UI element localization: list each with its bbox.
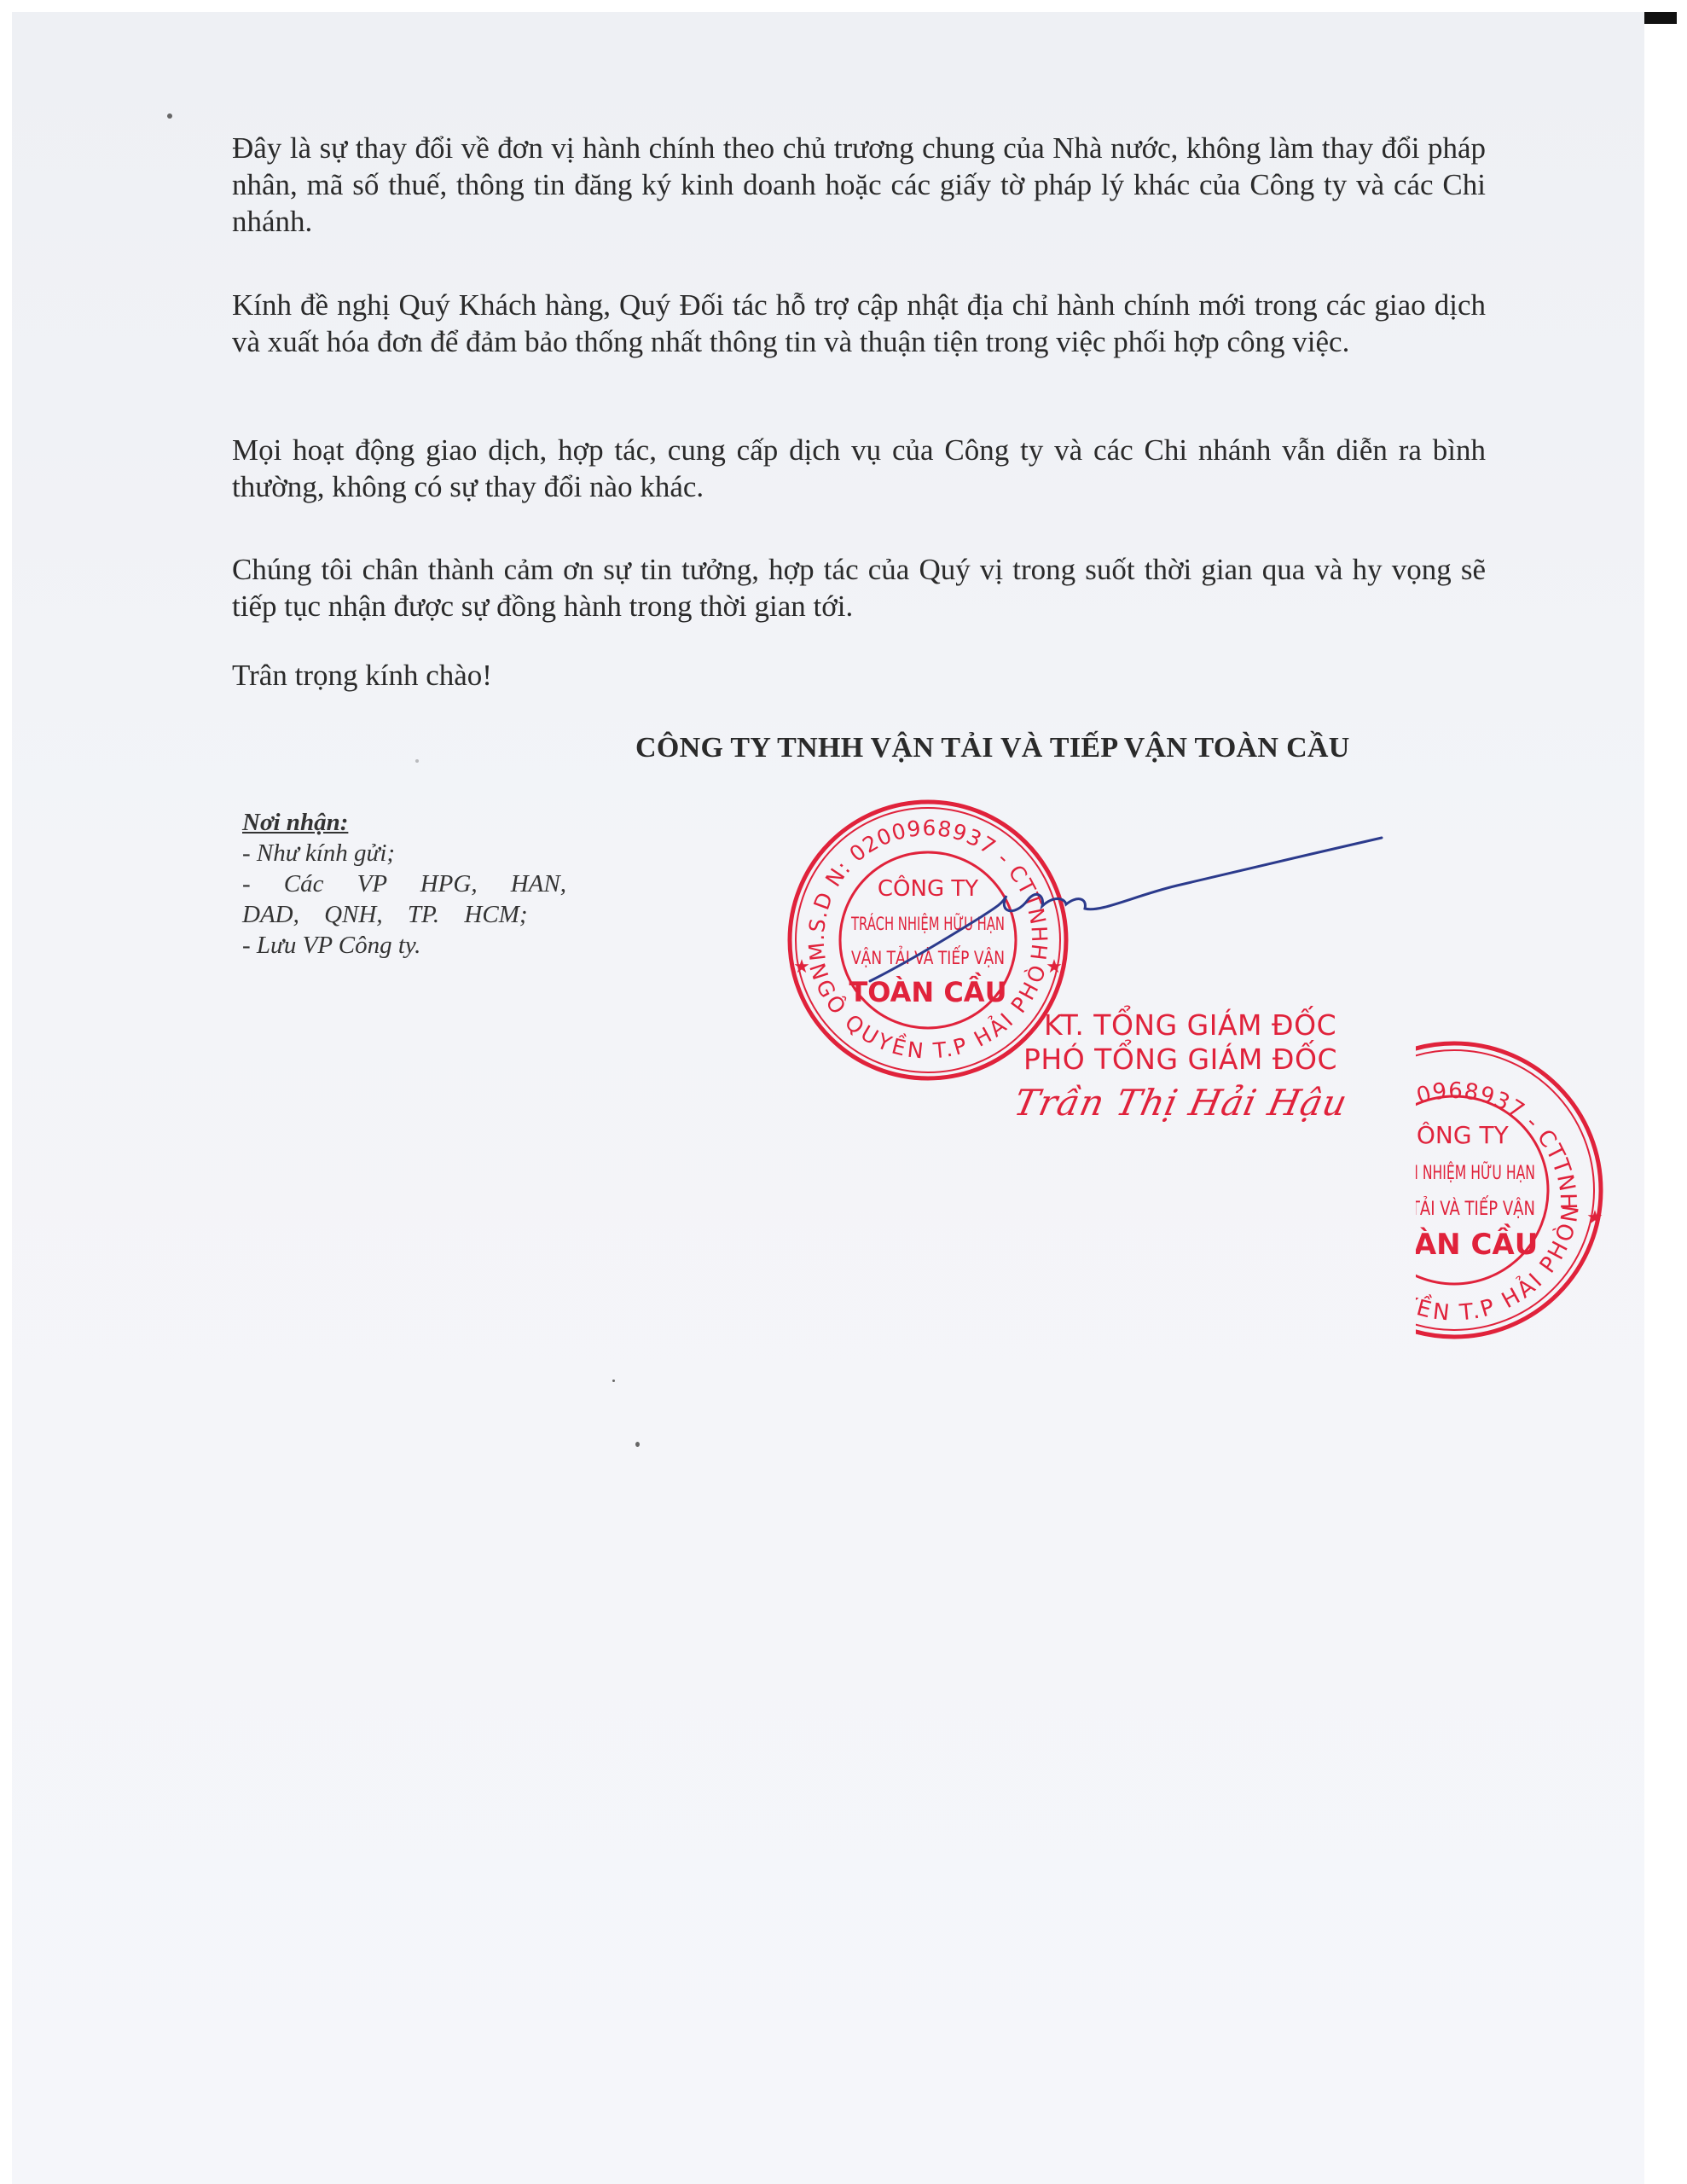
paragraph-thanks: Chúng tôi chân thành cảm ơn sự tin tưởng… bbox=[232, 551, 1486, 624]
svg-text:VẬN TẢI VÀ TIẾP VẬN: VẬN TẢI VÀ TIẾP VẬN bbox=[1416, 1196, 1535, 1220]
handwritten-signature bbox=[853, 836, 1399, 1024]
scan-speck bbox=[635, 1442, 640, 1447]
star-icon: ★ bbox=[793, 956, 810, 978]
scan-speck bbox=[167, 113, 172, 119]
scan-speck bbox=[612, 1380, 615, 1382]
recipient-item: - Như kính gửi; bbox=[242, 838, 566, 868]
signatory-title-line2: PHÓ TỔNG GIÁM ĐỐC bbox=[1023, 1043, 1337, 1076]
recipient-item: - Các VP HPG, HAN, DAD, QNH, TP. HCM; bbox=[242, 868, 566, 930]
svg-text:CÔNG TY: CÔNG TY bbox=[1416, 1120, 1510, 1149]
closing-greeting: Trân trọng kính chào! bbox=[232, 657, 1486, 694]
scan-speck bbox=[415, 759, 419, 763]
scan-edge-band bbox=[1644, 12, 1677, 24]
margin-seal-stamp: M.S.D N: 0200968937 - CTTNHH Q. NGÔ QUYỀ… bbox=[1416, 1034, 1620, 1346]
signatory-name: Trần Thị Hải Hậu bbox=[1011, 1082, 1352, 1124]
paragraph-update-request: Kính đề nghị Quý Khách hàng, Quý Đối tác… bbox=[232, 287, 1486, 360]
recipients-title: Nơi nhận: bbox=[242, 807, 566, 838]
company-name-heading: CÔNG TY TNHH VẬN TẢI VÀ TIẾP VẬN TOÀN CẦ… bbox=[635, 732, 1350, 764]
svg-text:TOÀN CẦU: TOÀN CẦU bbox=[1416, 1223, 1538, 1262]
recipients-block: Nơi nhận: - Như kính gửi; - Các VP HPG, … bbox=[242, 807, 566, 961]
paragraph-operations-normal: Mọi hoạt động giao dịch, hợp tác, cung c… bbox=[232, 432, 1486, 505]
svg-text:TRÁCH NHIỆM HỮU HẠN: TRÁCH NHIỆM HỮU HẠN bbox=[1416, 1161, 1535, 1184]
star-icon: ★ bbox=[1586, 1207, 1603, 1228]
signatory-title-line1: KT. TỔNG GIÁM ĐỐC bbox=[1044, 1008, 1336, 1042]
recipient-item: - Lưu VP Công ty. bbox=[242, 930, 566, 961]
paragraph-admin-change: Đây là sự thay đổi về đơn vị hành chính … bbox=[232, 130, 1486, 240]
